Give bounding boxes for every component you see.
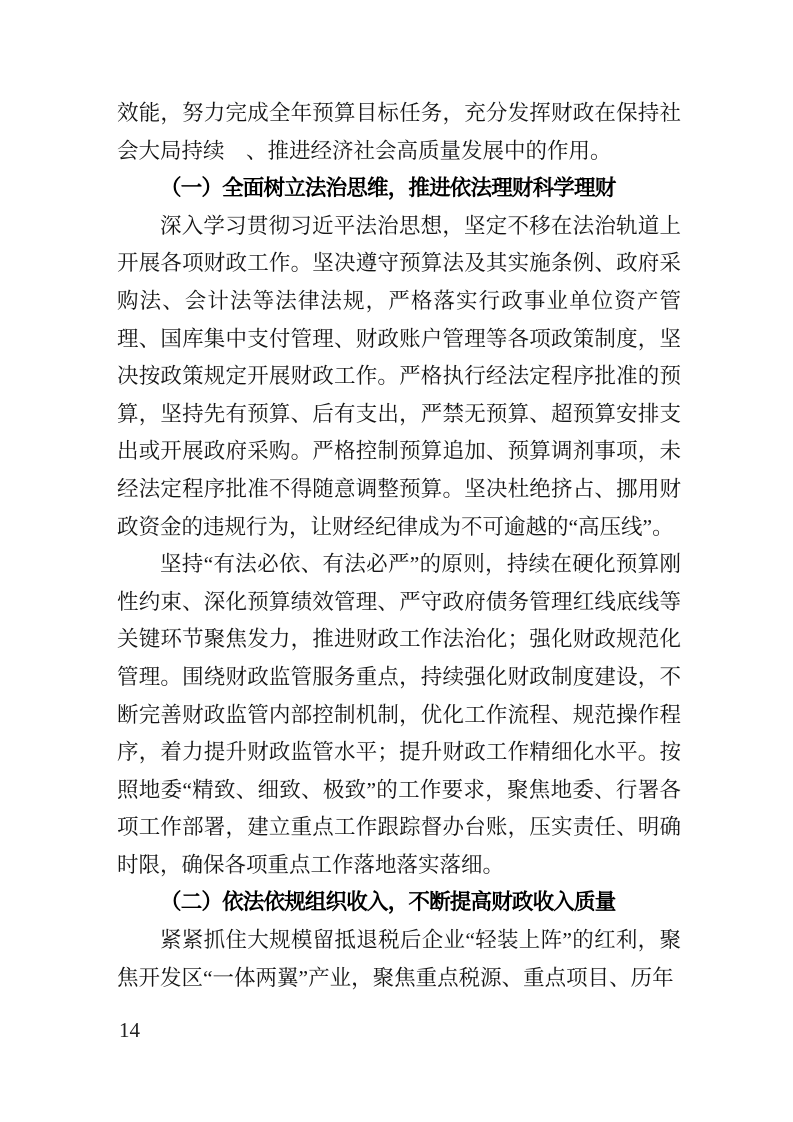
document-page: 效能，努力完成全年预算目标任务，充分发挥财政在保持社会大局持续 、推进经济社会高…	[0, 0, 793, 1122]
section-heading: （二）依法依规组织收入，不断提高财政收入质量	[117, 884, 681, 922]
section-heading: （一）全面树立法治思维，推进依法理财科学理财	[117, 170, 681, 208]
body-paragraph: 紧紧抓住大规模留抵退税后企业“轻装上阵”的红利，聚焦开发区“一体两翼”产业，聚焦…	[117, 922, 681, 997]
body-paragraph: 坚持“有法必依、有法必严”的原则，持续在硬化预算刚性约束、深化预算绩效管理、严守…	[117, 546, 681, 884]
page-number: 14	[119, 1017, 140, 1043]
document-body: 效能，努力完成全年预算目标任务，充分发挥财政在保持社会大局持续 、推进经济社会高…	[117, 95, 681, 997]
body-paragraph: 效能，努力完成全年预算目标任务，充分发挥财政在保持社会大局持续 、推进经济社会高…	[117, 95, 681, 170]
body-paragraph: 深入学习贯彻习近平法治思想，坚定不移在法治轨道上开展各项财政工作。坚决遵守预算法…	[117, 208, 681, 546]
